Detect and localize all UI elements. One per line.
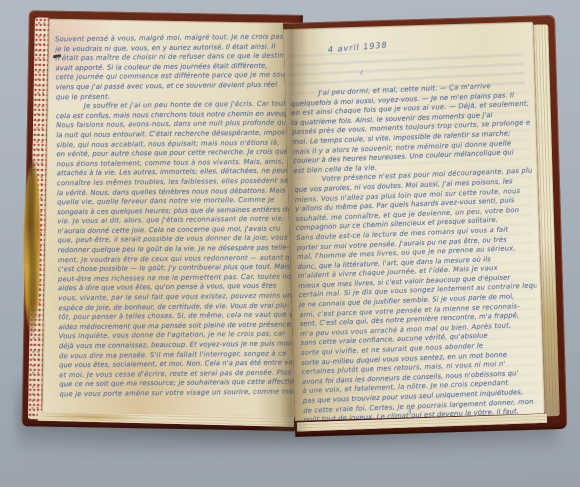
handwriting-paragraph: Votre présence n'est pas pour moi décour… xyxy=(294,167,542,421)
left-page: Souvent pensé à vous, malgré moi, malgré… xyxy=(42,19,303,417)
diary-book: Souvent pensé à vous, malgré moi, malgré… xyxy=(0,0,580,487)
right-page: 4 avril 1938 J'ai peu dormi, et mal, cet… xyxy=(283,22,545,421)
handwriting-paragraph: Souvent pensé à vous, malgré moi, malgré… xyxy=(55,32,294,102)
right-page-handwriting: J'ai peu dormi, et mal, cette nuit. — Ça… xyxy=(290,81,541,416)
handwriting-line: que je vous porte amène sur votre visage… xyxy=(59,387,297,400)
book-left-half: Souvent pensé à vous, malgré moi, malgré… xyxy=(22,10,303,431)
book-right-half: 4 avril 1938 J'ai peu dormi, et mal, cet… xyxy=(283,15,567,437)
page-footer-flourish: 3 xyxy=(406,407,412,416)
left-page-handwriting: Souvent pensé à vous, malgré moi, malgré… xyxy=(55,32,298,407)
handwriting-paragraph: Je souffre et j'ai un peu honte de ce qu… xyxy=(56,100,298,400)
photo-scene: Souvent pensé à vous, malgré moi, malgré… xyxy=(0,0,580,487)
handwriting-paragraph: J'ai peu dormi, et mal, cette nuit. — Ça… xyxy=(290,81,531,177)
